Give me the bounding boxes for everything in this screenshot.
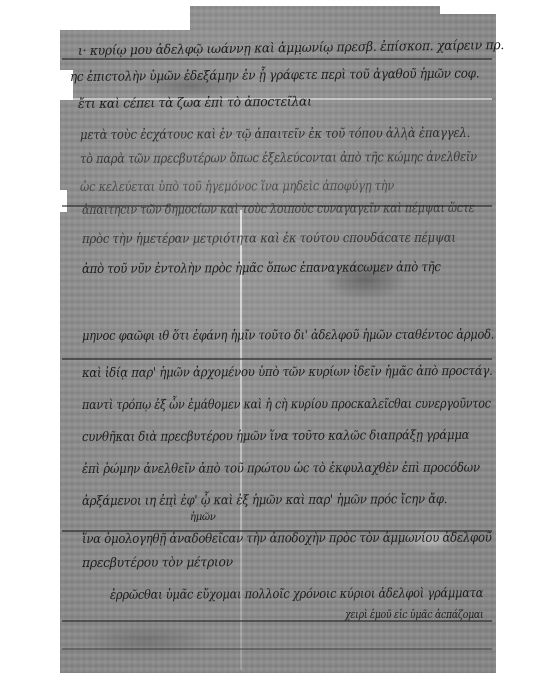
text-line: ϲυνθῆκαι διὰ πρεϲβυτέρου ἡμῶν ἵνα τοῦτο … <box>82 428 469 445</box>
text-line: παντὶ τρόπῳ ἐξ ὧν ἐμάθομεν καὶ ἡ ϲὴ κυρί… <box>82 397 491 413</box>
text-line: ἀρξάμενοι ιη ἐπ̣ὶ ἐφ' ᾧ καὶ ἐξ ἡμῶν καὶ … <box>82 492 447 509</box>
text-line: μετὰ τοὺϲ ἐϲχάτουϲ καὶ ἐν τῷ ἀπαιτεῖν ἐκ… <box>80 126 470 143</box>
papyrus-torn-edge <box>55 190 67 212</box>
fiber-line <box>62 358 492 360</box>
text-line-signature: χειρὶ ἐμοῦ εἰϲ ὑμᾶϲ ἀϲπάζομαι <box>345 608 483 621</box>
text-line: καὶ ἰδίᾳ παρ' ἡμῶν ἀρχομένου ὑπὸ τῶν κυρ… <box>82 364 493 381</box>
text-line: ἵνα ὁμολογηθῇ ἀναδοθεῖϲαν τὴν ἀποδοχὴν π… <box>82 531 492 547</box>
text-line: πρὸϲ τὴν ἡμετέραν μετριότητα καὶ ἐκ τούτ… <box>82 231 456 247</box>
papyrus-torn-edge <box>440 0 500 14</box>
text-line: ἔτι καὶ ϲέπει τὰ ζωα ἐπὶ τὸ ἀποϲτεῖλαι <box>78 95 312 112</box>
text-line: πρεϲβυτέρου τὸν μέτριον <box>82 555 233 571</box>
fiber-line <box>62 648 492 650</box>
text-line: ἀπαιτηϲιν τῶν δημοϲίων καὶ τοὺϲ λοιποὺϲ … <box>82 201 474 218</box>
text-line: μηνοϲ φαῶφι ιθ ὅτι ἐφάνη ἡμῖν τοῦτο δι' … <box>82 328 494 344</box>
text-line: ὡϲ κελεύεται ὑπὸ τοῦ ἡγεμόνοϲ ἵνα μηδεὶϲ… <box>80 179 394 195</box>
text-line: ἐρρῶϲθαι ὑμᾶϲ εὔχομαι πολλοῖϲ χρόνοιϲ κύ… <box>110 586 483 603</box>
text-line: ἐπὶ ῥώμην ἀνελθεῖν ἀπὸ τοῦ πρώτου ὡϲ τὸ … <box>82 461 480 477</box>
text-line-interlinear: ἡμῶν <box>190 512 216 523</box>
text-line: τὸ παρὰ τῶν πρεϲβυτέρων ὅπωϲ ἐξελεύϲοντα… <box>80 150 477 167</box>
text-line: ἀπὸ τοῦ νῦν ἐντολὴν πρὸϲ ἡμᾶϲ ὅπωϲ ἐπανα… <box>82 260 441 277</box>
papyrus-torn-edge <box>60 0 190 30</box>
